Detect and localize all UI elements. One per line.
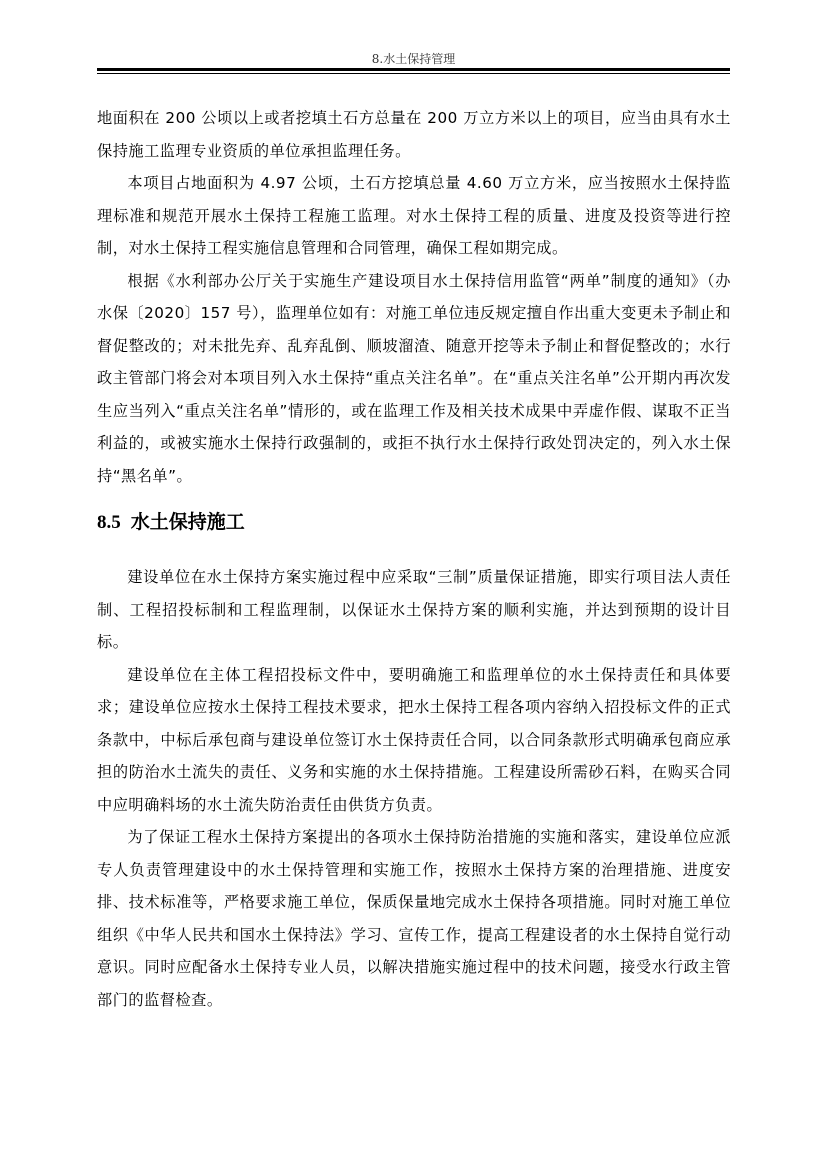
paragraph-project-supervision: 本项目占地面积为 4.97 公顷，土石方挖填总量 4.60 万立方米，应当按照水… — [97, 167, 731, 265]
paragraph-credit-supervision: 根据《水利部办公厅关于实施生产建设项目水土保持信用监管“两单”制度的通知》（办水… — [97, 265, 731, 493]
header-rule-thin — [97, 73, 730, 74]
section-title: 水土保持施工 — [131, 511, 245, 533]
paragraph-bidding-documents: 建设单位在主体工程招投标文件中，要明确施工和监理单位的水土保持责任和具体要求；建… — [97, 659, 731, 822]
paragraph-three-systems: 建设单位在水土保持方案实施过程中应采取“三制”质量保证措施，即实行项目法人责任制… — [97, 561, 731, 659]
section-heading: 8.5水土保持施工 — [97, 506, 731, 539]
paragraph-implementation: 为了保证工程水土保持方案提出的各项水土保持防治措施的实施和落实，建设单位应派专人… — [97, 821, 731, 1016]
header-rule-thick — [97, 68, 730, 71]
paragraph-continuation: 地面积在 200 公顷以上或者挖填土石方总量在 200 万立方米以上的项目，应当… — [97, 102, 731, 167]
page-body: 地面积在 200 公顷以上或者挖填土石方总量在 200 万立方米以上的项目，应当… — [97, 102, 731, 1016]
section-number: 8.5 — [97, 512, 121, 533]
running-header-title: 8.水土保持管理 — [0, 50, 827, 67]
